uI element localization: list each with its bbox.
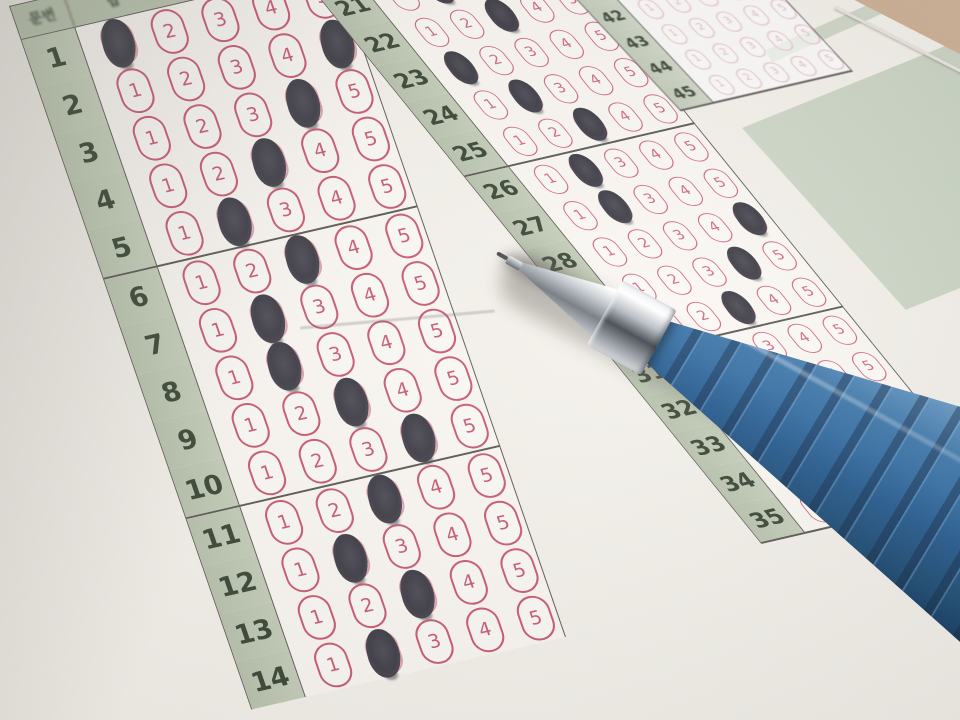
- answer-bubble-2-filled: 2: [415, 0, 461, 4]
- answer-bubble-1: 1: [293, 592, 340, 643]
- answer-bubble-4: 4: [602, 100, 648, 134]
- answer-bubble-5: 5: [813, 48, 848, 71]
- answer-bubble-2: 2: [311, 485, 358, 536]
- answer-bubble-3: 3: [197, 0, 244, 45]
- answer-bubble-4: 4: [544, 27, 590, 61]
- answer-bubble-3-filled: 3: [246, 137, 293, 188]
- answer-bubble-2-filled: 2: [261, 341, 308, 392]
- answer-bubble-1: 1: [145, 160, 192, 211]
- answer-bubble-4: 4: [247, 0, 294, 34]
- answer-bubble-1: 1: [178, 257, 225, 308]
- answer-bubble-2: 2: [195, 149, 242, 200]
- answer-bubble-1: 1: [260, 497, 307, 548]
- answer-bubble-1: 1: [112, 65, 159, 116]
- answer-bubble-2-filled: 2: [212, 196, 259, 247]
- answer-bubble-4: 4: [379, 365, 426, 416]
- answer-bubble-4-filled: 4: [395, 412, 442, 463]
- answer-bubble-5: 5: [397, 258, 444, 309]
- answer-bubble-5: 5: [381, 210, 428, 261]
- answer-bubble-2: 2: [294, 436, 341, 487]
- answer-bubble-4: 4: [445, 557, 492, 608]
- answer-bubble-3: 3: [509, 35, 555, 69]
- answer-bubble-4: 4: [739, 3, 774, 26]
- answer-bubble-3: 3: [711, 10, 746, 33]
- answer-bubble-4: 4: [663, 174, 709, 208]
- answer-bubble-2: 2: [473, 43, 519, 77]
- answer-bubble-2: 2: [179, 101, 226, 152]
- answer-bubble-1: 1: [657, 22, 692, 45]
- answer-bubble-1: 1: [497, 124, 543, 158]
- answer-bubble-3: 3: [312, 329, 359, 380]
- answer-bubble-2: 2: [731, 67, 766, 90]
- answer-bubble-2: 2: [278, 388, 325, 439]
- answer-bubble-3-filled: 3: [479, 0, 525, 33]
- answer-bubble-3: 3: [262, 184, 309, 235]
- answer-bubble-4: 4: [762, 29, 797, 52]
- answer-bubble-5: 5: [364, 161, 411, 212]
- answer-bubble-4: 4: [330, 222, 377, 273]
- answer-bubble-4: 4: [412, 462, 459, 513]
- answer-bubble-1: 1: [161, 208, 208, 259]
- answer-bubble-5: 5: [668, 130, 714, 164]
- answer-bubble-3-filled: 3: [567, 108, 613, 142]
- answer-bubble-3: 3: [345, 424, 392, 475]
- answer-bubble-1: 1: [211, 352, 258, 403]
- answer-bubble-4: 4: [313, 173, 360, 224]
- answer-bubble-1: 1: [128, 113, 175, 164]
- answer-bubble-2: 2: [444, 7, 490, 41]
- answer-bubble-2: 2: [684, 16, 719, 39]
- answer-bubble-4: 4: [264, 30, 311, 81]
- answer-bubble-5: 5: [446, 401, 493, 452]
- answer-bubble-2-filled: 2: [328, 533, 375, 584]
- answer-bubble-1: 1: [704, 73, 739, 96]
- answer-bubble-3-filled: 3: [328, 376, 375, 427]
- answer-bubble-5: 5: [698, 166, 744, 200]
- answer-bubble-3: 3: [688, 0, 723, 8]
- answer-bubble-5: 5: [512, 593, 559, 644]
- answer-bubble-3: 3: [759, 60, 794, 83]
- answer-bubble-1-filled: 1: [438, 51, 484, 85]
- answer-bubble-3: 3: [538, 72, 584, 106]
- answer-bubble-3: 3: [735, 35, 770, 58]
- answer-bubble-1: 1: [468, 88, 514, 122]
- answer-bubble-1: 1: [380, 0, 426, 12]
- answer-bubble-1: 1: [243, 447, 290, 498]
- answer-bubble-4: 4: [633, 138, 679, 172]
- answer-bubble-1: 1: [227, 400, 274, 451]
- answer-bubble-4: 4: [573, 63, 619, 97]
- answer-bubble-5: 5: [496, 545, 543, 596]
- answer-bubble-3: 3: [230, 89, 277, 140]
- answer-bubble-4: 4: [297, 125, 344, 176]
- answer-bubble-1: 1: [277, 544, 324, 595]
- answer-bubble-4: 4: [786, 54, 821, 77]
- answer-bubble-2: 2: [163, 53, 210, 104]
- answer-bubble-2: 2: [532, 116, 578, 150]
- answer-bubble-3-filled: 3: [362, 473, 409, 524]
- answer-bubble-5: 5: [463, 450, 510, 501]
- answer-bubble-5: 5: [347, 113, 394, 164]
- answer-bubble-2-filled: 2: [245, 293, 292, 344]
- answer-bubble-5: 5: [766, 0, 801, 20]
- answer-bubble-4: 4: [514, 0, 560, 24]
- answer-bubble-1: 1: [409, 15, 455, 49]
- answer-bubble-4: 4: [462, 604, 509, 655]
- answer-bubble-2-filled: 2: [503, 80, 549, 114]
- answer-bubble-2: 2: [229, 245, 276, 296]
- answer-bubble-5-filled: 5: [727, 202, 773, 236]
- answer-bubble-1: 1: [194, 305, 241, 356]
- answer-bubble-4: 4: [429, 509, 476, 560]
- answer-bubble-3: 3: [213, 42, 260, 93]
- answer-bubble-2: 2: [344, 580, 391, 631]
- answer-bubble-4-filled: 4: [280, 78, 327, 129]
- answer-bubble-1: 1: [680, 48, 715, 71]
- answer-bubble-2: 2: [660, 0, 695, 14]
- answer-bubble-4: 4: [363, 317, 410, 368]
- answer-bubble-3: 3: [598, 146, 644, 180]
- answer-bubble-4: 4: [346, 270, 393, 321]
- answer-bubble-3: 3: [411, 616, 458, 667]
- answer-bubble-1: 1: [633, 0, 668, 20]
- answer-bubble-2: 2: [146, 6, 193, 57]
- answer-bubble-5: 5: [331, 66, 378, 117]
- answer-bubble-3-filled: 3: [279, 234, 326, 285]
- answer-bubble-3-filled: 3: [395, 568, 442, 619]
- answer-bubble-2-filled: 2: [360, 628, 407, 679]
- answer-bubble-1-filled: 1: [95, 18, 142, 69]
- answer-bubble-3: 3: [378, 521, 425, 572]
- answer-bubble-1: 1: [310, 639, 357, 690]
- answer-sheet-photo: 문번 답란 1123452123453123454123455123456123…: [0, 0, 960, 720]
- answer-bubble-5: 5: [480, 498, 527, 549]
- answer-bubble-2: 2: [708, 41, 743, 64]
